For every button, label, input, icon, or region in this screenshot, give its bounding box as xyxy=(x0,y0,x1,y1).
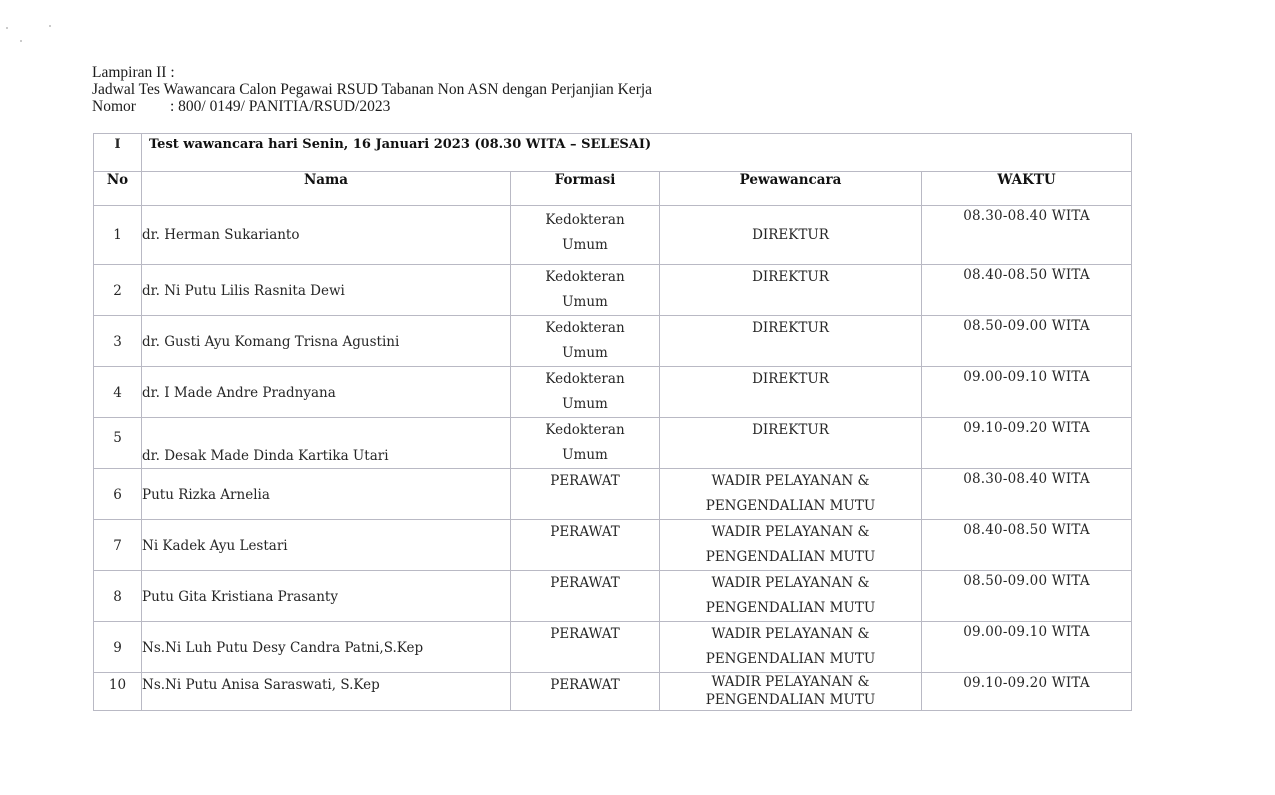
cell-formasi: PERAWAT xyxy=(511,520,660,571)
row-number: 9 xyxy=(113,640,122,656)
participant-name: dr. Desak Made Dinda Kartika Utari xyxy=(142,448,389,464)
cell-formasi: PERAWAT xyxy=(511,571,660,622)
lampiran-label: Lampiran II : xyxy=(92,64,652,81)
interview-schedule-table: I Test wawancara hari Senin, 16 Januari … xyxy=(93,133,1132,711)
cell-waktu: 09.00-09.10 WITA xyxy=(922,622,1132,673)
formasi-text: PERAWAT xyxy=(550,575,620,591)
formasi-line-2: Umum xyxy=(511,233,659,258)
row-number: 2 xyxy=(113,283,122,299)
time-slot: 09.10-09.20 WITA xyxy=(963,420,1090,436)
row-number: 1 xyxy=(113,227,122,243)
interviewer-line-2: PENGENDALIAN MUTU xyxy=(660,647,921,672)
table-row: 2dr. Ni Putu Lilis Rasnita DewiKedoktera… xyxy=(94,265,1132,316)
section-title: Test wawancara hari Senin, 16 Januari 20… xyxy=(142,134,1132,172)
interviewer-text: DIREKTUR xyxy=(752,422,829,438)
cell-waktu: 08.30-08.40 WITA xyxy=(922,206,1132,265)
time-slot: 09.00-09.10 WITA xyxy=(963,369,1090,385)
row-number: 5 xyxy=(113,430,122,446)
participant-name: dr. Gusti Ayu Komang Trisna Agustini xyxy=(142,334,399,350)
table-row: 10Ns.Ni Putu Anisa Saraswati, S.KepPERAW… xyxy=(94,673,1132,711)
cell-waktu: 08.40-08.50 WITA xyxy=(922,265,1132,316)
participant-name: dr. Ni Putu Lilis Rasnita Dewi xyxy=(142,283,345,299)
table-row: 7Ni Kadek Ayu LestariPERAWATWADIR PELAYA… xyxy=(94,520,1132,571)
table-row: 8Putu Gita Kristiana PrasantyPERAWATWADI… xyxy=(94,571,1132,622)
interviewer-line-1: WADIR PELAYANAN & xyxy=(660,622,921,647)
participant-name: dr. I Made Andre Pradnyana xyxy=(142,385,336,401)
interviewer-line-2: PENGENDALIAN MUTU xyxy=(660,545,921,570)
interviewer-line-2: PENGENDALIAN MUTU xyxy=(660,596,921,621)
cell-formasi: KedokteranUmum xyxy=(511,418,660,469)
formasi-text: PERAWAT xyxy=(550,626,620,642)
formasi-line-1: Kedokteran xyxy=(511,265,659,290)
table-row: 6Putu Rizka ArneliaPERAWATWADIR PELAYANA… xyxy=(94,469,1132,520)
formasi-line-1: Kedokteran xyxy=(511,418,659,443)
cell-waktu: 08.30-08.40 WITA xyxy=(922,469,1132,520)
formasi-text: PERAWAT xyxy=(550,677,620,693)
formasi-line-1: Kedokteran xyxy=(511,208,659,233)
cell-waktu: 08.40-08.50 WITA xyxy=(922,520,1132,571)
cell-formasi: PERAWAT xyxy=(511,673,660,711)
cell-nama: Putu Gita Kristiana Prasanty xyxy=(142,571,511,622)
interviewer-text: DIREKTUR xyxy=(752,371,829,387)
scan-speck xyxy=(49,25,51,27)
section-number: I xyxy=(94,134,142,172)
interviewer-line-1: WADIR PELAYANAN & xyxy=(660,673,921,691)
cell-formasi: KedokteranUmum xyxy=(511,206,660,265)
interviewer-text: DIREKTUR xyxy=(752,269,829,285)
table-row: 9Ns.Ni Luh Putu Desy Candra Patni,S.KepP… xyxy=(94,622,1132,673)
cell-pewawancara: DIREKTUR xyxy=(660,265,922,316)
cell-no: 4 xyxy=(94,367,142,418)
cell-nama: dr. Gusti Ayu Komang Trisna Agustini xyxy=(142,316,511,367)
time-slot: 09.00-09.10 WITA xyxy=(963,624,1090,640)
cell-waktu: 09.00-09.10 WITA xyxy=(922,367,1132,418)
cell-nama: dr. I Made Andre Pradnyana xyxy=(142,367,511,418)
nomor-line: Nomor: 800/ 0149/ PANITIA/RSUD/2023 xyxy=(92,98,652,115)
interviewer-text: DIREKTUR xyxy=(752,320,829,336)
formasi-text: PERAWAT xyxy=(550,524,620,540)
cell-waktu: 09.10-09.20 WITA xyxy=(922,418,1132,469)
time-slot: 08.30-08.40 WITA xyxy=(963,208,1090,224)
row-number: 10 xyxy=(109,677,126,693)
cell-no: 6 xyxy=(94,469,142,520)
cell-formasi: KedokteranUmum xyxy=(511,316,660,367)
participant-name: Ni Kadek Ayu Lestari xyxy=(142,538,288,554)
cell-formasi: KedokteranUmum xyxy=(511,367,660,418)
interviewer-line-1: WADIR PELAYANAN & xyxy=(660,469,921,494)
cell-pewawancara: WADIR PELAYANAN &PENGENDALIAN MUTU xyxy=(660,520,922,571)
row-number: 4 xyxy=(113,385,122,401)
cell-formasi: PERAWAT xyxy=(511,622,660,673)
cell-nama: Ns.Ni Putu Anisa Saraswati, S.Kep xyxy=(142,673,511,711)
table-row: 1dr. Herman SukariantoKedokteranUmumDIRE… xyxy=(94,206,1132,265)
cell-no: 1 xyxy=(94,206,142,265)
cell-no: 3 xyxy=(94,316,142,367)
time-slot: 08.40-08.50 WITA xyxy=(963,267,1090,283)
interviewer-line-1: WADIR PELAYANAN & xyxy=(660,520,921,545)
cell-pewawancara: WADIR PELAYANAN &PENGENDALIAN MUTU xyxy=(660,571,922,622)
cell-pewawancara: DIREKTUR xyxy=(660,418,922,469)
cell-pewawancara: DIREKTUR xyxy=(660,206,922,265)
column-header-row: No Nama Formasi Pewawancara WAKTU xyxy=(94,172,1132,206)
participant-name: Putu Gita Kristiana Prasanty xyxy=(142,589,338,605)
participant-name: Putu Rizka Arnelia xyxy=(142,487,270,503)
column-header-waktu: WAKTU xyxy=(922,172,1132,206)
column-header-pewawancara: Pewawancara xyxy=(660,172,922,206)
table-row: 3dr. Gusti Ayu Komang Trisna AgustiniKed… xyxy=(94,316,1132,367)
section-header-row: I Test wawancara hari Senin, 16 Januari … xyxy=(94,134,1132,172)
document-title: Jadwal Tes Wawancara Calon Pegawai RSUD … xyxy=(92,81,652,98)
cell-nama: Putu Rizka Arnelia xyxy=(142,469,511,520)
cell-formasi: PERAWAT xyxy=(511,469,660,520)
time-slot: 08.50-09.00 WITA xyxy=(963,318,1090,334)
table-row: 5dr. Desak Made Dinda Kartika UtariKedok… xyxy=(94,418,1132,469)
cell-pewawancara: DIREKTUR xyxy=(660,367,922,418)
cell-no: 8 xyxy=(94,571,142,622)
cell-nama: dr. Ni Putu Lilis Rasnita Dewi xyxy=(142,265,511,316)
time-slot: 08.40-08.50 WITA xyxy=(963,522,1090,538)
cell-no: 9 xyxy=(94,622,142,673)
formasi-line-2: Umum xyxy=(511,443,659,468)
cell-formasi: KedokteranUmum xyxy=(511,265,660,316)
column-header-no: No xyxy=(94,172,142,206)
time-slot: 09.10-09.20 WITA xyxy=(963,675,1090,691)
formasi-line-2: Umum xyxy=(511,341,659,366)
cell-pewawancara: WADIR PELAYANAN &PENGENDALIAN MUTU xyxy=(660,673,922,711)
interviewer-text: DIREKTUR xyxy=(752,227,829,243)
cell-no: 2 xyxy=(94,265,142,316)
row-number: 7 xyxy=(113,538,122,554)
cell-waktu: 08.50-09.00 WITA xyxy=(922,316,1132,367)
interviewer-line-2: PENGENDALIAN MUTU xyxy=(660,494,921,519)
cell-waktu: 08.50-09.00 WITA xyxy=(922,571,1132,622)
table-row: 4dr. I Made Andre PradnyanaKedokteranUmu… xyxy=(94,367,1132,418)
cell-pewawancara: DIREKTUR xyxy=(660,316,922,367)
cell-pewawancara: WADIR PELAYANAN &PENGENDALIAN MUTU xyxy=(660,469,922,520)
interviewer-line-2: PENGENDALIAN MUTU xyxy=(660,691,921,709)
cell-no: 7 xyxy=(94,520,142,571)
participant-name: Ns.Ni Luh Putu Desy Candra Patni,S.Kep xyxy=(142,640,423,656)
time-slot: 08.50-09.00 WITA xyxy=(963,573,1090,589)
cell-nama: dr. Desak Made Dinda Kartika Utari xyxy=(142,418,511,469)
cell-waktu: 09.10-09.20 WITA xyxy=(922,673,1132,711)
column-header-formasi: Formasi xyxy=(511,172,660,206)
participant-name: Ns.Ni Putu Anisa Saraswati, S.Kep xyxy=(142,677,380,693)
cell-nama: Ni Kadek Ayu Lestari xyxy=(142,520,511,571)
formasi-line-1: Kedokteran xyxy=(511,367,659,392)
nomor-value: : 800/ 0149/ PANITIA/RSUD/2023 xyxy=(170,98,390,115)
cell-nama: dr. Herman Sukarianto xyxy=(142,206,511,265)
time-slot: 08.30-08.40 WITA xyxy=(963,471,1090,487)
cell-no: 5 xyxy=(94,418,142,469)
row-number: 3 xyxy=(113,334,122,350)
row-number: 6 xyxy=(113,487,122,503)
participant-name: dr. Herman Sukarianto xyxy=(142,227,300,243)
column-header-nama: Nama xyxy=(142,172,511,206)
interviewer-line-1: WADIR PELAYANAN & xyxy=(660,571,921,596)
scan-speck xyxy=(6,27,8,29)
formasi-line-2: Umum xyxy=(511,392,659,417)
formasi-line-2: Umum xyxy=(511,290,659,315)
cell-no: 10 xyxy=(94,673,142,711)
nomor-label: Nomor xyxy=(92,98,170,115)
document-header: Lampiran II : Jadwal Tes Wawancara Calon… xyxy=(92,64,652,115)
formasi-text: PERAWAT xyxy=(550,473,620,489)
scan-speck xyxy=(20,40,22,42)
cell-nama: Ns.Ni Luh Putu Desy Candra Patni,S.Kep xyxy=(142,622,511,673)
formasi-line-1: Kedokteran xyxy=(511,316,659,341)
row-number: 8 xyxy=(113,589,122,605)
cell-pewawancara: WADIR PELAYANAN &PENGENDALIAN MUTU xyxy=(660,622,922,673)
